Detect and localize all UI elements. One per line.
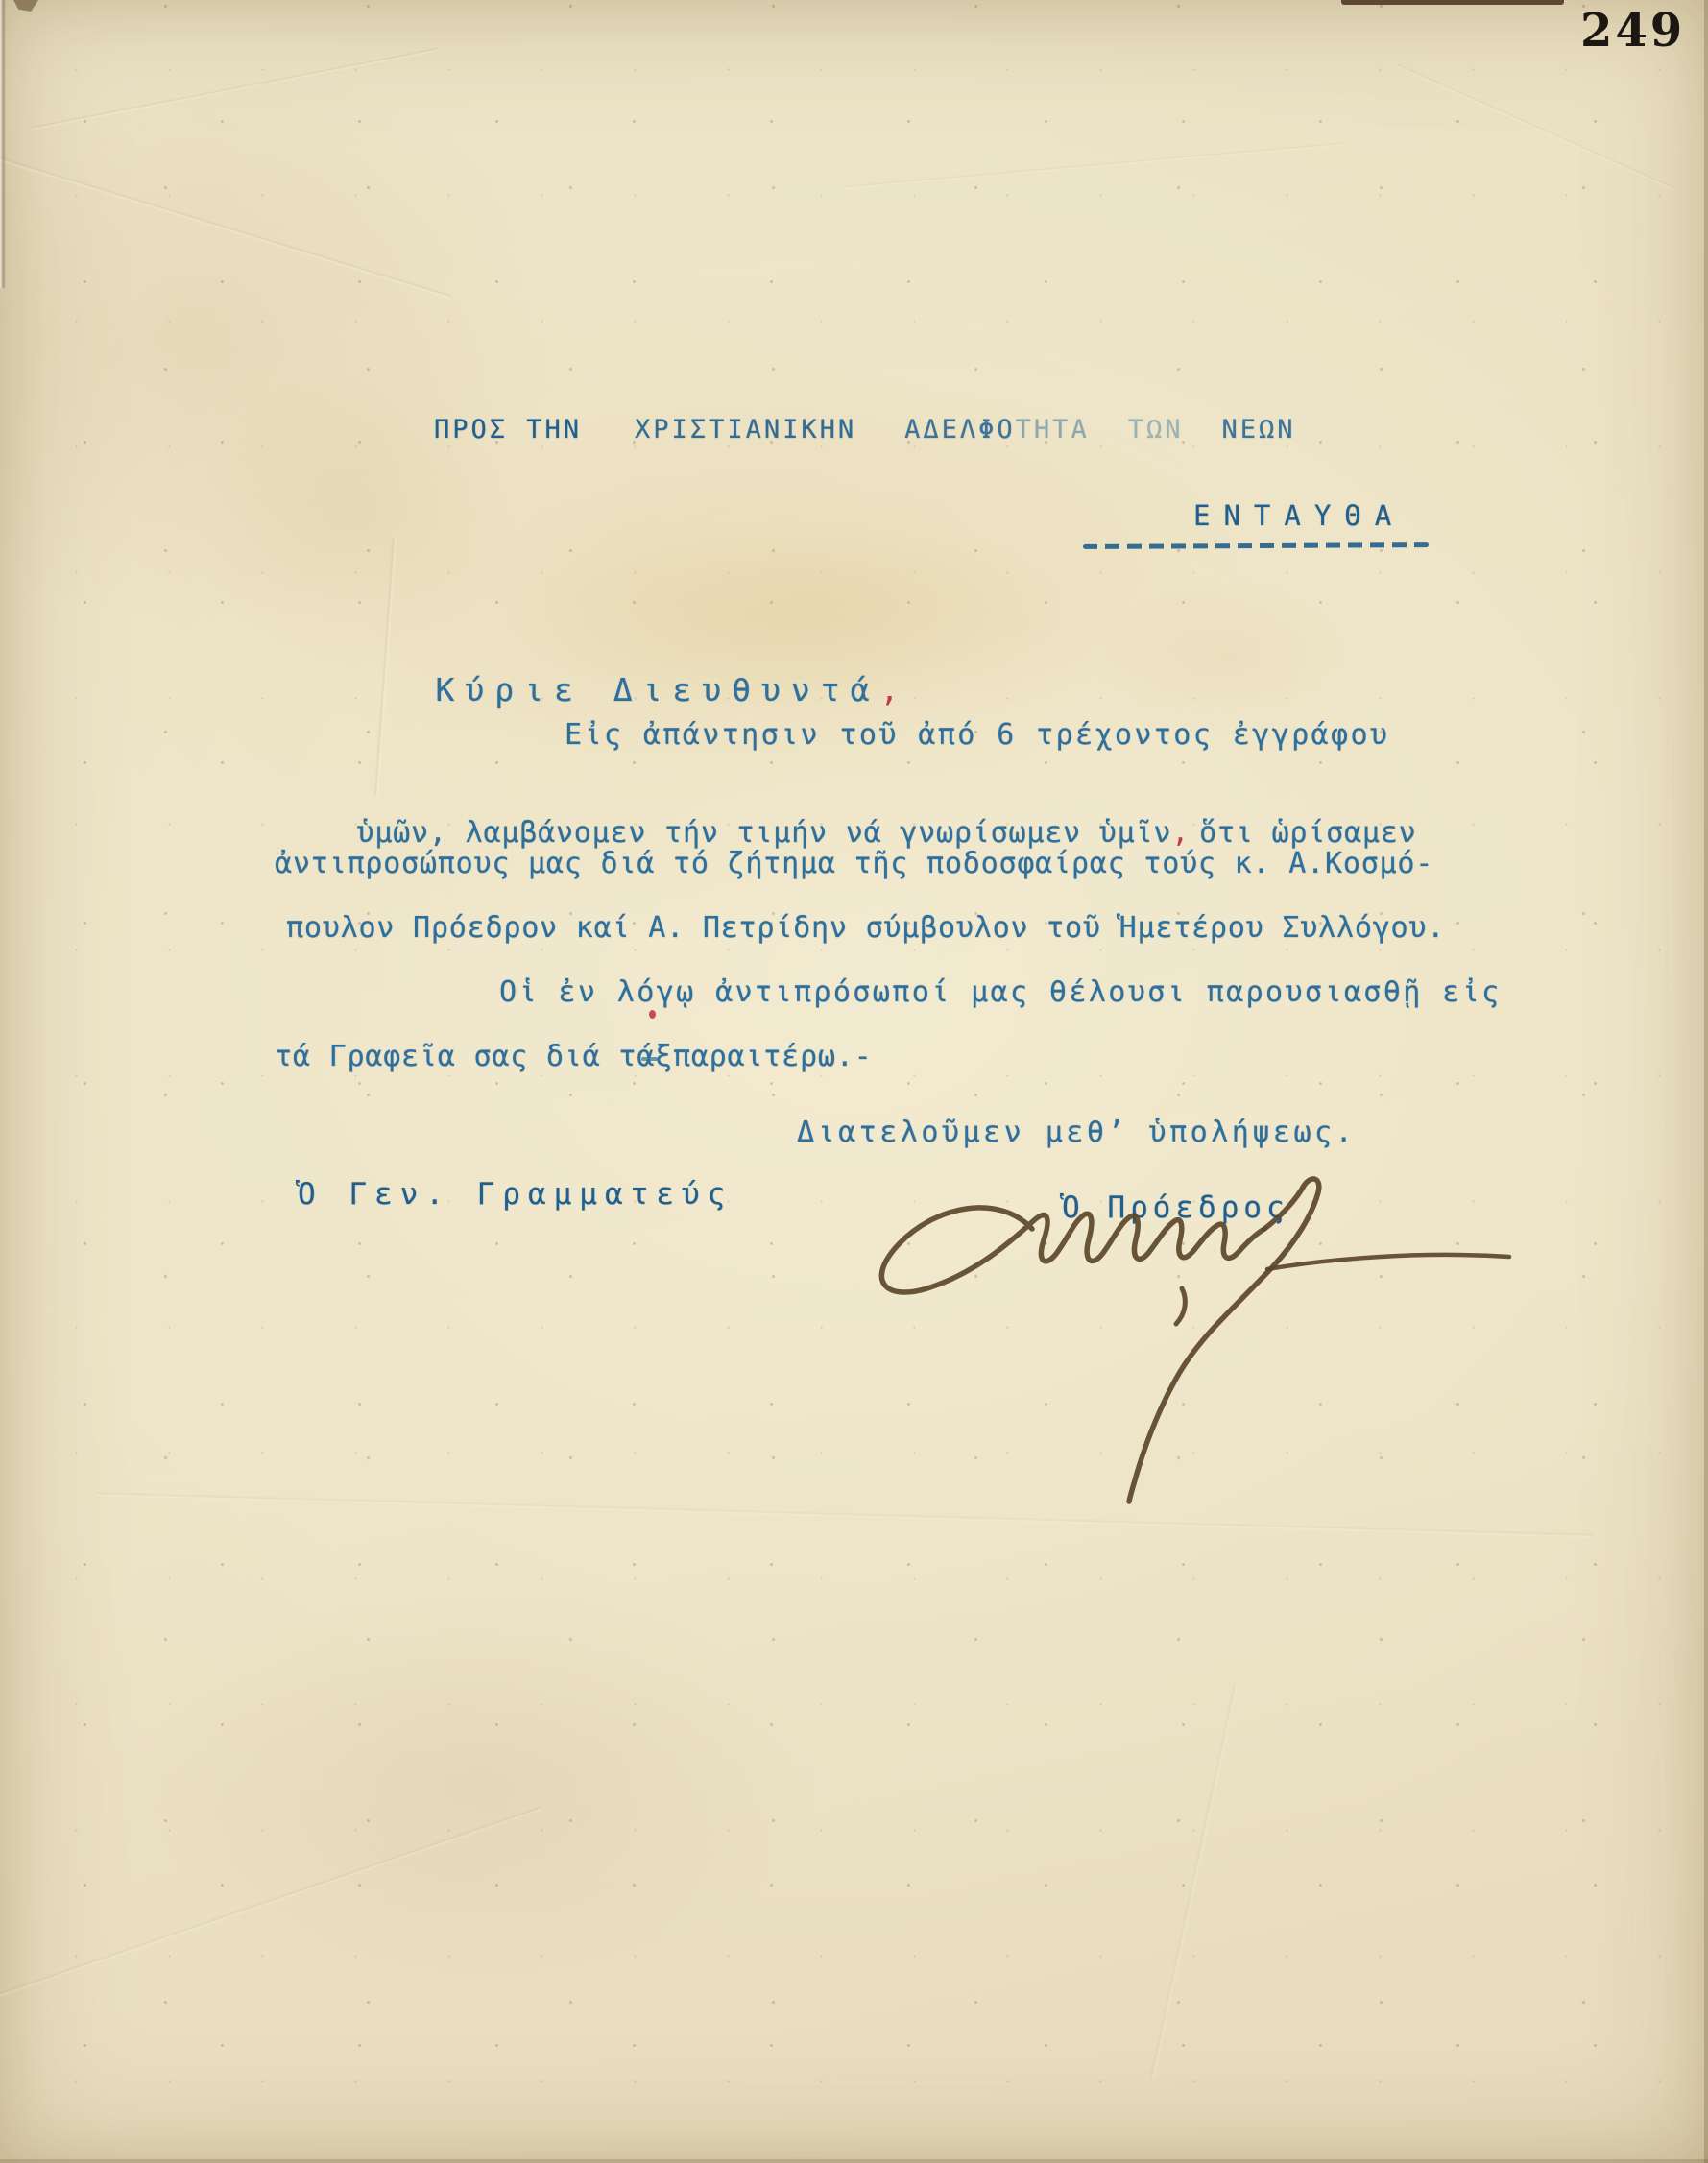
dark-edge-top-right — [1341, 0, 1564, 5]
recipient-segment: ΧΡΙΣΤΙΑΝΙΚΗΝ — [635, 415, 856, 445]
paper-stain — [144, 1584, 816, 1987]
page-number: 249 — [1580, 4, 1685, 58]
page-edge-bottom — [0, 2159, 1708, 2163]
dashed-underline — [1083, 542, 1429, 549]
red-ink-dot — [649, 1010, 656, 1019]
paper-speckles — [0, 0, 1708, 2163]
signature-flourish — [1129, 1179, 1319, 1502]
recipient-segment: ΑΔΕΛΦΟ — [904, 415, 1016, 445]
paper-stain — [1095, 576, 1363, 739]
body-line-5: Οἱ ἐν λόγῳ ἀντιπρόσωποί μας θέλουσι παρο… — [499, 975, 1502, 1009]
recipient-segment: ΠΡΟΣ ΤΗΝ — [434, 415, 582, 445]
page-edge-right — [1704, 0, 1708, 2163]
salutation-text: Κύριε Διευθυντά — [435, 671, 879, 709]
recipient-segment: ΝΕΩΝ — [1221, 415, 1295, 445]
signature-comma — [1176, 1288, 1185, 1324]
president-signature — [845, 1173, 1517, 1528]
red-comma: , — [880, 671, 910, 709]
body-line-1: Εἰς ἀπάντησιν τοῦ ἀπό 6 τρέχοντος ἐγγράφ… — [565, 718, 1389, 752]
scanned-letter-page: 249 ΠΡΟΣ ΤΗΝ ΧΡΙΣΤΙΑΝΙΚΗΝ ΑΔΕΛΦΟ ΤΗΤΑ ΤΩ… — [0, 0, 1708, 2163]
paper-crease — [1148, 1684, 1239, 2079]
paper-crease — [846, 141, 1343, 189]
location-line: ΕΝΤΑΥΘΑ — [1193, 499, 1405, 532]
secretary-title: Ὁ Γεν. Γραμματεύς — [298, 1177, 733, 1212]
torn-edge-top-left — [13, 0, 38, 12]
body-line-2b: ὅτι ὡρίσαμεν — [1199, 816, 1416, 850]
body-line-6: τά Γραφεῖα σας διά τάξπαραιτέρω.- — [275, 1040, 872, 1073]
torn-edge-left — [0, 0, 6, 288]
paper-crease — [96, 1491, 1594, 1539]
recipient-line: ΠΡΟΣ ΤΗΝ ΧΡΙΣΤΙΑΝΙΚΗΝ ΑΔΕΛΦΟ ΤΗΤΑ ΤΩΝ ΝΕ… — [434, 415, 1296, 445]
paper-stain — [192, 365, 518, 672]
paper-crease — [0, 148, 451, 300]
typed-strikeout — [641, 1057, 658, 1061]
red-comma: , — [1171, 816, 1190, 850]
closing-line: Διατελοῦμεν μεθ’ ὑπολήψεως. — [797, 1116, 1356, 1149]
paper-crease — [1395, 62, 1677, 192]
president-title: Ὁ Πρόεδρος — [1062, 1190, 1289, 1225]
signature-strike — [1267, 1255, 1509, 1269]
body-line-3: ἀντιπροσώπους μας διά τό ζήτημα τῆς ποδο… — [275, 847, 1433, 880]
body-line-4: πουλον Πρόεδρον καί Α. Πετρίδην σύμβουλο… — [286, 911, 1445, 945]
recipient-segment-faded: ΤΗΤΑ — [1016, 415, 1090, 445]
paper-crease — [32, 47, 438, 131]
recipient-segment-faded: ΤΩΝ — [1128, 415, 1184, 445]
paper-crease — [0, 1806, 541, 2011]
body-line-2a: ὑμῶν, λαμβάνομεν τήν τιμήν νά γνωρίσωμεν… — [356, 816, 1171, 850]
